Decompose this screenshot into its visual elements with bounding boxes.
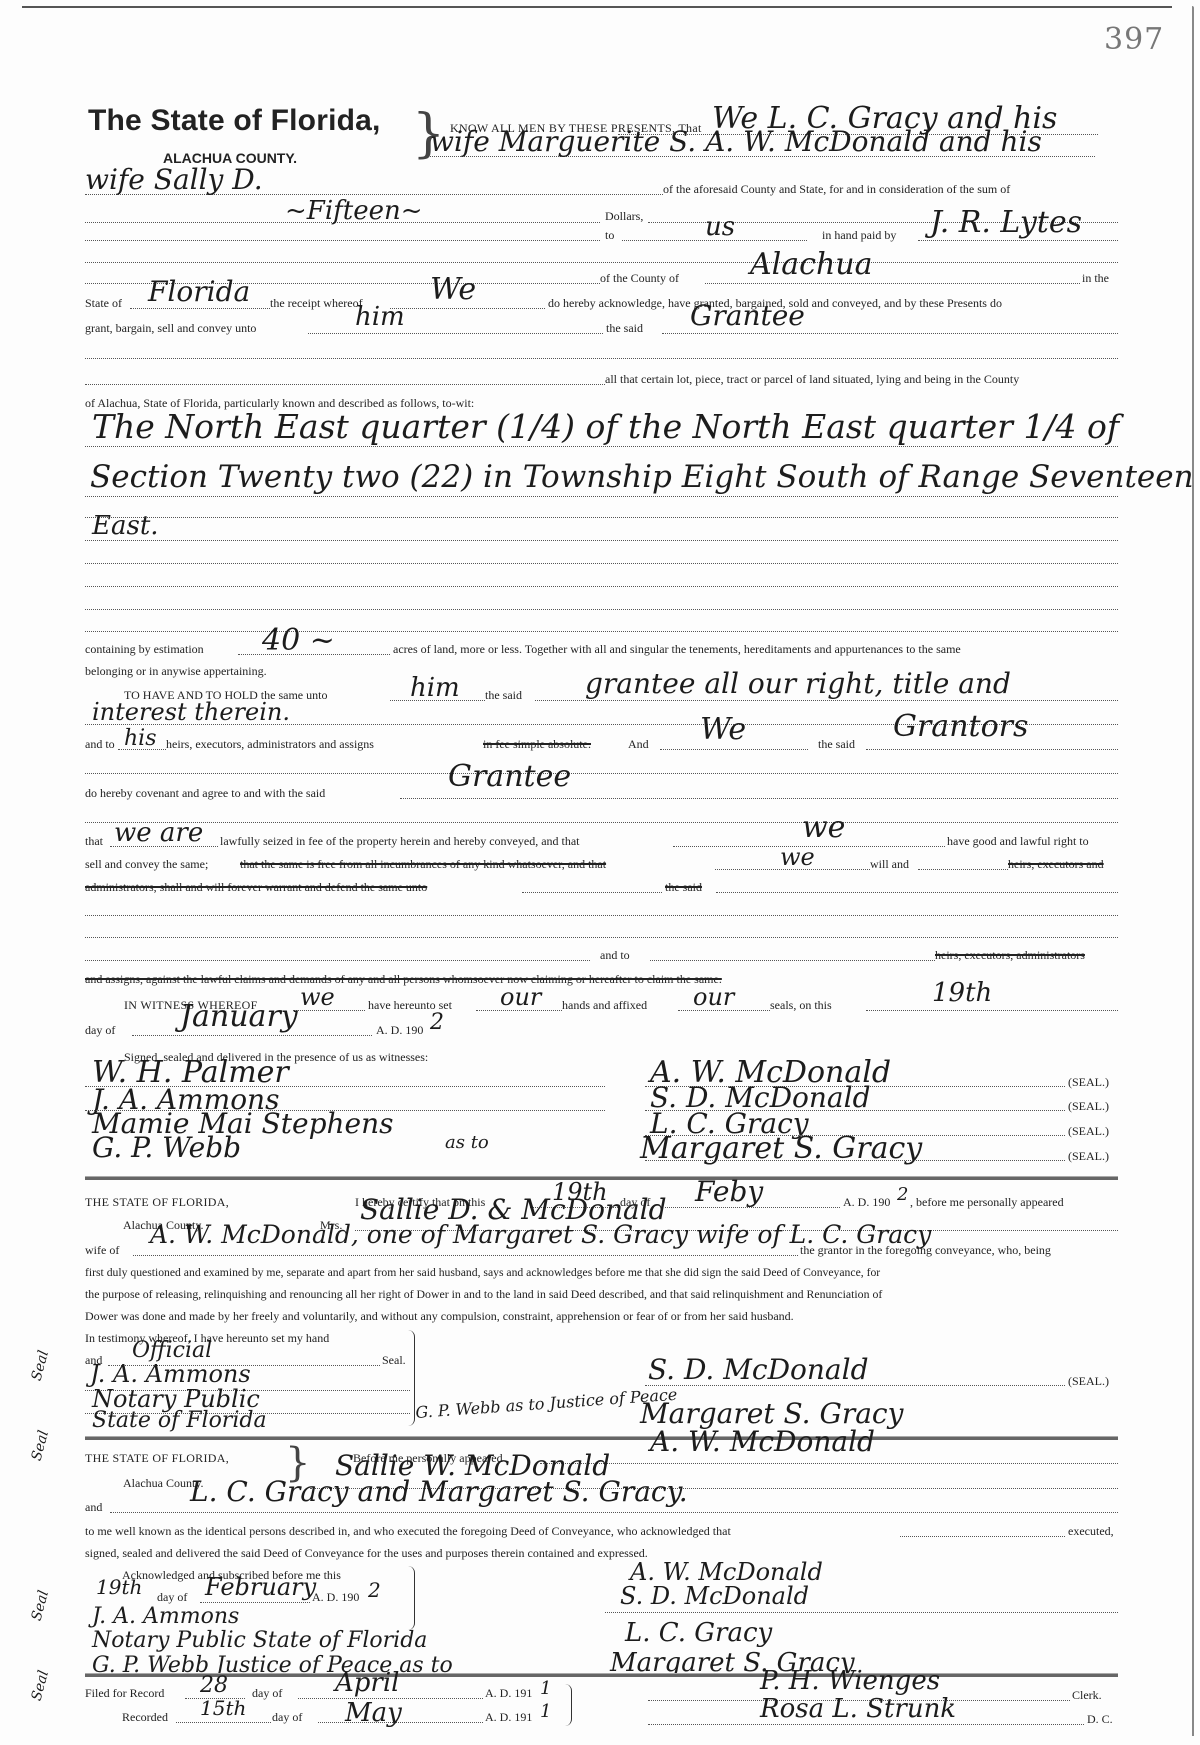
dc-label: D. C. [1087, 1712, 1113, 1726]
grant-convey-label: grant, bargain, sell and convey unto [85, 321, 256, 335]
wife-of-line [133, 1255, 798, 1256]
state-line [130, 308, 270, 309]
filed-day-value: 28 [200, 1675, 228, 1697]
recorded-ad-label: A. D. 191 [485, 1710, 532, 1724]
receipt-line [390, 308, 545, 309]
belonging-text: belonging or in anywise appertaining. [85, 664, 267, 678]
ack-executed-label: executed, [1068, 1524, 1114, 1538]
to-have-said-value: grantee all our right, title and [585, 670, 1011, 698]
dower-para-1: first duly questioned and examined by me… [85, 1265, 880, 1279]
dower-para-3: Dower was done and made by her freely an… [85, 1309, 794, 1323]
ack-person-3: L. C. Gracy and Margaret S. Gracy. [190, 1478, 688, 1506]
sell-value: we [780, 845, 815, 869]
day-line [866, 1010, 1118, 1011]
recorded-day-of-label: day of [272, 1710, 302, 1724]
ack-month-line [200, 1602, 310, 1603]
jp-note: G. P. Webb as to Justice of Peace [415, 1387, 678, 1421]
ack-and-label: and [85, 1500, 102, 1514]
notary-sig-3: State of Florida [92, 1410, 267, 1432]
and-to-value: his [124, 728, 157, 750]
notary-sig-1: J. A. Ammons [90, 1362, 251, 1386]
ack-month-value: February [205, 1575, 316, 1599]
grantor-sig-line-4 [645, 1160, 1065, 1161]
recorded-label: Recorded [122, 1710, 168, 1724]
ack-signed-text: signed, sealed and delivered the said De… [85, 1546, 648, 1560]
grantor-text: the grantor in the foregoing conveyance,… [800, 1243, 1051, 1257]
witness-as-to-note: as to [445, 1134, 489, 1152]
blank-line-c [85, 773, 1118, 774]
to-line-blank [85, 240, 600, 241]
the-said-label: the said [606, 321, 643, 335]
description-text-1: The North East quarter (1/4) of the Nort… [92, 410, 1119, 443]
the-said-struck-line [716, 892, 1118, 893]
that-label: that [85, 834, 103, 848]
ack-seal-mark-1: Seal [30, 1589, 51, 1622]
seal-value: our [693, 985, 734, 1009]
heirs-admin-struck-text: heirs, executors, administrators [935, 948, 1085, 962]
dower-seal-label: (SEAL.) [1068, 1374, 1109, 1389]
covenant-text: do hereby covenant and agree to and with… [85, 786, 325, 800]
aforesaid-text: of the aforesaid County and State, for a… [663, 182, 1010, 196]
description-line-2 [85, 496, 1118, 497]
dower-month-value: Feby [695, 1178, 763, 1206]
grantors-said-value: Grantors [893, 712, 1028, 742]
that-value: we are [114, 820, 203, 846]
description-line-3 [85, 517, 1118, 518]
ack-sig-1: A. W. McDonald [630, 1560, 823, 1584]
page-border-top [22, 6, 1172, 8]
seal-label-4: (SEAL.) [1068, 1149, 1109, 1164]
dower-ad-label: A. D. 190 [843, 1195, 890, 1209]
assigns-struck-text: and assigns, against the lawful claims a… [85, 972, 722, 986]
filed-ad-label: A. D. 191 [485, 1686, 532, 1700]
heirs-text: heirs, executors, administrators and ass… [166, 737, 374, 751]
recorded-day-line [176, 1722, 271, 1723]
covenant-line [400, 798, 1118, 799]
sell-struck-text: that the same is free from all incumbran… [240, 857, 606, 871]
the-said-label-3: the said [818, 737, 855, 751]
recorded-year-value: 1 [540, 1703, 551, 1721]
have-good-text: have good and lawful right to [947, 834, 1089, 848]
seal-label-2: (SEAL.) [1068, 1099, 1109, 1114]
filed-month-value: April [335, 1670, 399, 1696]
seal-stamp-mark-2: Seal [30, 1429, 51, 1462]
containing-label: containing by estimation [85, 642, 204, 656]
blank-line-a [85, 262, 1118, 263]
seal-stamp-mark-1: Seal [30, 1349, 51, 1382]
recorded-day-value: 15th [200, 1698, 246, 1718]
and-to-label: and to [85, 737, 115, 751]
testimony-seal-label: Seal. [382, 1353, 406, 1367]
dower-state-label: THE STATE OF FLORIDA, [85, 1195, 229, 1209]
month-line [132, 1035, 372, 1036]
county-line [705, 283, 1080, 284]
ack-known-text: to me well known as the identical person… [85, 1524, 731, 1538]
all-that-certain-text: all that certain lot, piece, tract or pa… [605, 372, 1019, 386]
ack-executed-line [900, 1536, 1065, 1537]
amount-words: ~Fifteen~ [285, 198, 423, 224]
ack-officer-1: J. A. Ammons [92, 1606, 239, 1628]
document-title: The State of Florida, [88, 104, 381, 138]
day-value: 19th [932, 980, 992, 1006]
filed-year-value: 1 [540, 1680, 551, 1698]
unto-value: him [355, 304, 405, 330]
heirs-struck-text: heirs, executors and [1008, 857, 1104, 871]
dower-para-2: the purpose of releasing, relinquishing … [85, 1287, 882, 1301]
dc-line [648, 1724, 1084, 1725]
grantors-said-line [866, 749, 1118, 750]
blank-line-f [85, 937, 1118, 938]
and-label: And [628, 737, 649, 751]
dc-signature: Rosa L. Strunk [760, 1696, 956, 1722]
ack-sig-3: L. C. Gracy [625, 1620, 772, 1646]
the-said-label-2: the said [485, 688, 522, 702]
the-said-struck-text: the said [665, 880, 702, 894]
section-divider-2 [85, 1436, 1118, 1440]
and-to-line-2 [650, 960, 935, 961]
month-value: January [180, 1002, 298, 1032]
description-line-6 [85, 586, 1118, 587]
before-me-text: , before me personally appeared [910, 1195, 1064, 1209]
dollars-label: Dollars, [605, 209, 643, 223]
to-have-said-line [535, 700, 1118, 701]
covenant-value: Grantee [448, 762, 571, 792]
recorded-month-value: May [345, 1700, 402, 1726]
dower-sig-line-1 [645, 1385, 1065, 1386]
ack-person3-line [110, 1512, 1118, 1513]
description-text-2: Section Twenty two (22) in Township Eigh… [90, 462, 1194, 493]
record-brace [565, 1684, 572, 1726]
will-and-text: will and [870, 857, 909, 871]
witness-value: we [300, 985, 335, 1009]
ack-state-label: THE STATE OF FLORIDA, [85, 1451, 229, 1465]
ack-brace-2 [408, 1566, 415, 1630]
will-and-line [918, 869, 1008, 870]
and-to-label-2: and to [600, 948, 630, 962]
ack-ad-label: A. D. 190 [312, 1590, 359, 1604]
in-the-label: in the [1082, 271, 1109, 285]
ack-officer-2: Notary Public State of Florida [92, 1630, 427, 1652]
wife-of-label: wife of [85, 1243, 119, 1257]
description-line-5 [85, 563, 1118, 564]
seals-on-this-text: seals, on this [770, 998, 832, 1012]
to-value: us [705, 214, 735, 240]
ack-seal-mark-2: Seal [30, 1669, 51, 1702]
blank-line-e [85, 915, 1118, 916]
description-text-3: East. [92, 513, 159, 539]
of-county-label: of the County of [600, 271, 679, 285]
year-value: 2 [430, 1012, 444, 1034]
lawfully-value: we [802, 813, 845, 843]
grantee-name: J. R. Lytes [930, 208, 1082, 238]
deed-page: 397 The State of Florida, ALACHUA COUNTY… [0, 0, 1200, 1745]
sell-convey-text: sell and convey the same; [85, 857, 208, 871]
acres-text: acres of land, more or less. Together wi… [393, 642, 961, 656]
dower-sig-2: Margaret S. Gracy [640, 1400, 903, 1428]
page-border-right [1192, 6, 1194, 1736]
filed-day-of-label: day of [252, 1686, 282, 1700]
ad-label: A. D. 190 [376, 1023, 423, 1037]
description-line-7 [85, 609, 1118, 610]
interest-value: interest therein. [92, 700, 290, 724]
admin-line [522, 892, 662, 893]
ack-person1-line [540, 1463, 1118, 1464]
and-to-blank-line [85, 960, 590, 961]
description-line-8 [85, 631, 1118, 632]
parcel-line [85, 384, 605, 385]
ack-person-1: A. W. McDonald [650, 1428, 875, 1456]
day-of-label: day of [85, 1023, 115, 1037]
state-value: Florida [148, 278, 250, 306]
state-of-label: State of [85, 296, 122, 310]
seal-label-3: (SEAL.) [1068, 1124, 1109, 1139]
the-said-line [662, 333, 1118, 334]
dower-year-value: 2 [897, 1186, 908, 1204]
page-number: 397 [1104, 22, 1164, 57]
in-hand-paid-label: in hand paid by [822, 228, 896, 242]
testimony-brace [408, 1330, 415, 1426]
clerk-label: Clerk. [1072, 1688, 1102, 1702]
section-divider-3 [85, 1673, 1118, 1677]
to-label: to [605, 228, 614, 242]
in-fee-struck-text: in fee simple absolute. [483, 737, 591, 751]
hands-affixed-text: hands and affixed [562, 998, 647, 1012]
receipt-label: the receipt whereof [270, 296, 363, 310]
to-have-value: him [410, 675, 460, 701]
ack-sig-2: S. D. McDonald [620, 1584, 809, 1608]
filed-for-record-label: Filed for Record [85, 1686, 164, 1700]
the-said-value: Grantee [690, 302, 805, 330]
admin-struck-text: administrators, shall and will forever w… [85, 880, 427, 894]
ack-day-value: 19th [96, 1577, 142, 1597]
grantors-value-2: wife Marguerite S. A. W. McDonald and hi… [430, 128, 1042, 156]
ack-day-of-label: day of [157, 1590, 187, 1604]
description-line-4 [85, 540, 1118, 541]
county-value: Alachua [750, 250, 872, 280]
hand-value: our [500, 985, 541, 1009]
dower-sig-1: S. D. McDonald [648, 1356, 869, 1384]
ack-sig-line [605, 1612, 1118, 1613]
unto-line [308, 333, 603, 334]
grantors-value-3: wife Sally D. [85, 166, 263, 194]
receipt-value: We [430, 275, 476, 305]
acres-value: 40 ~ [262, 626, 335, 656]
description-line-1 [85, 446, 1118, 447]
ack-year-value: 2 [368, 1580, 381, 1600]
blank-line-d [85, 822, 1118, 823]
witness-sig-4: G. P. Webb [92, 1134, 241, 1162]
seal-label-1: (SEAL.) [1068, 1075, 1109, 1090]
and-value-line [660, 749, 808, 750]
and-value: We [700, 715, 746, 745]
blank-line-b [85, 358, 1118, 359]
official-value: Official [132, 1340, 212, 1362]
clerk-signature: P. H. Wienges [760, 1668, 940, 1694]
paid-by-line [918, 240, 1118, 241]
lawfully-text: lawfully seized in fee of the property h… [220, 834, 580, 848]
